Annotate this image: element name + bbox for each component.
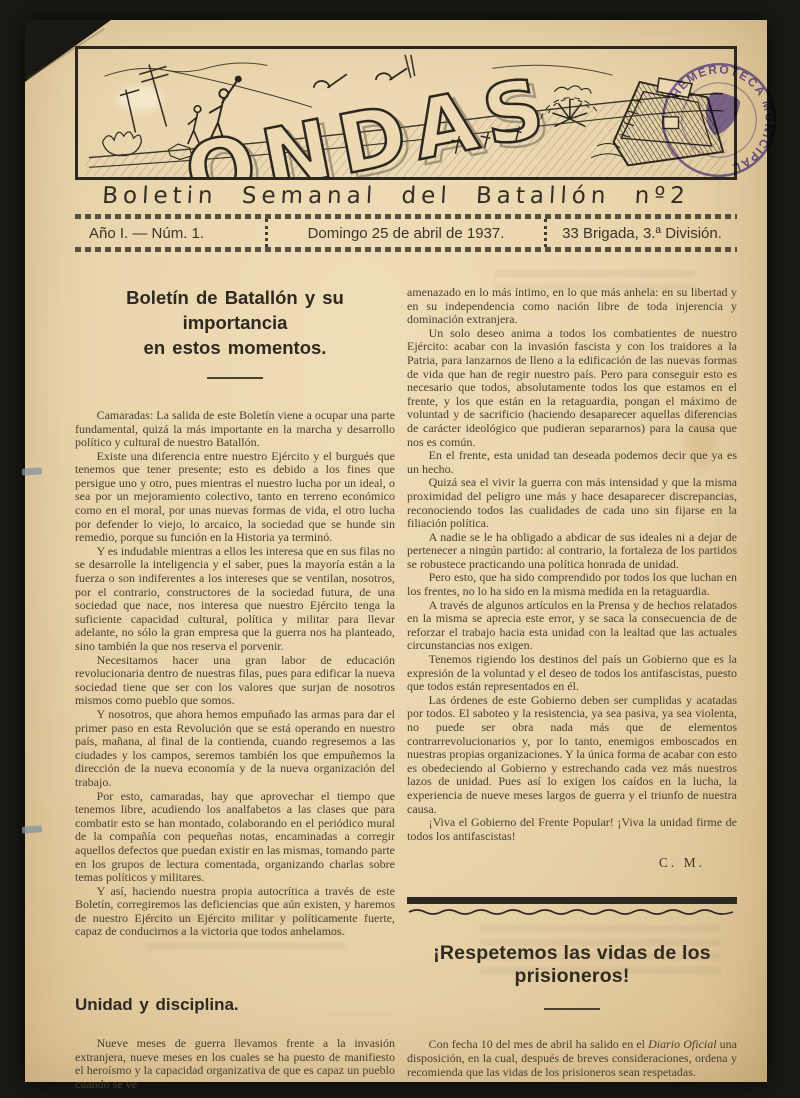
issue-number: Año I. — Núm. 1. (75, 219, 265, 247)
dateline: Año I. — Núm. 1. Domingo 25 de abril de … (75, 214, 737, 252)
paragraph: Por esto, camaradas, hay que aprovechar … (75, 790, 395, 885)
paragraph: ¡Viva el Gobierno del Frente Popular! ¡V… (407, 816, 737, 843)
newspaper-page: ONDAS ONDAS (25, 20, 767, 1082)
paragraph: Las órdenes de este Gobierno deben ser c… (407, 694, 737, 816)
section-heading: Unidad y disciplina. (75, 995, 395, 1015)
left-column: Boletín de Batallón y su importancia en … (75, 270, 395, 1091)
closing-paragraph: Con fecha 10 del mes de abril ha salido … (407, 1038, 737, 1079)
scanned-bulletin-page: { "page": { "colors": { "paper": "#e9d5a… (0, 0, 800, 1098)
issue-date: Domingo 25 de abril de 1937. (265, 219, 547, 247)
binding-mark (22, 467, 42, 475)
article-title-line1: Boletín de Batallón y su importancia (75, 286, 395, 336)
divider-rule (207, 377, 263, 379)
article-title-line2: en estos momentos. (75, 336, 395, 361)
paragraph: Y así, haciendo nuestra propia autocríti… (75, 885, 395, 939)
binding-mark (22, 825, 42, 833)
bush-sketch (102, 132, 141, 156)
author-signature: C. M. (407, 855, 737, 871)
masthead-illustration-frame: ONDAS ONDAS (75, 46, 737, 180)
decorative-dotted-rule (75, 214, 737, 219)
paragraph: Pero esto, que ha sido comprendido por t… (407, 571, 737, 598)
wavy-rule (407, 907, 737, 916)
section-paragraph: Nueve meses de guerra llevamos frente a … (75, 1037, 395, 1091)
helmet-heads (314, 68, 407, 87)
divider-rule (544, 1008, 600, 1010)
paragraph: Y es indudable mientras a ellos les inte… (75, 545, 395, 654)
military-unit: 33 Brigada, 3.ª División. (547, 219, 737, 247)
paragraph: A nadie se le ha obligado a abdicar de s… (407, 531, 737, 572)
stamp-shield (699, 90, 741, 140)
article-paragraphs: amenazado en lo más íntimo, en lo que má… (407, 286, 737, 843)
masthead-caption: Boletin Semanal del Batallón nº2 (24, 183, 767, 209)
paragraph: Y nosotros, que ahora hemos empuñado las… (75, 708, 395, 790)
masthead-title-ondas: ONDAS ONDAS (178, 58, 566, 177)
paragraph: Tenemos rigiendo los destinos del país u… (407, 653, 737, 694)
article-paragraphs: Camaradas: La salida de este Boletín vie… (75, 409, 395, 939)
decorative-dotted-rule (75, 247, 737, 252)
closing-text: Con fecha 10 del mes de abril ha salido … (429, 1037, 649, 1051)
paragraph: Existe una diferencia entre nuestro Ejér… (75, 450, 395, 545)
paragraph: Necesitamos hacer una gran labor de educ… (75, 654, 395, 708)
paragraph: En el frente, esta unidad tan deseada po… (407, 449, 737, 476)
thick-rule (407, 897, 737, 904)
paragraph: Camaradas: La salida de este Boletín vie… (75, 409, 395, 450)
article-title: Boletín de Batallón y su importancia en … (75, 286, 395, 361)
paragraph: Quizá sea el vivir la guerra con más int… (407, 476, 737, 530)
body-columns: Boletín de Batallón y su importancia en … (75, 270, 737, 1091)
closing-italic-title: Diario Oficial (648, 1037, 716, 1051)
svg-text:ONDAS: ONDAS (178, 59, 560, 177)
right-column: amenazado en lo más íntimo, en lo que má… (407, 270, 737, 1091)
paragraph: A través de algunos artículos en la Pren… (407, 599, 737, 653)
paragraph: amenazado en lo más íntimo, en lo que má… (407, 286, 737, 327)
paragraph: Un solo deseo anima a todos los combatie… (407, 327, 737, 449)
masthead-illustration: ONDAS ONDAS (78, 49, 734, 177)
headline-prisoners: ¡Respetemos las vidas de los prisioneros… (407, 942, 737, 988)
